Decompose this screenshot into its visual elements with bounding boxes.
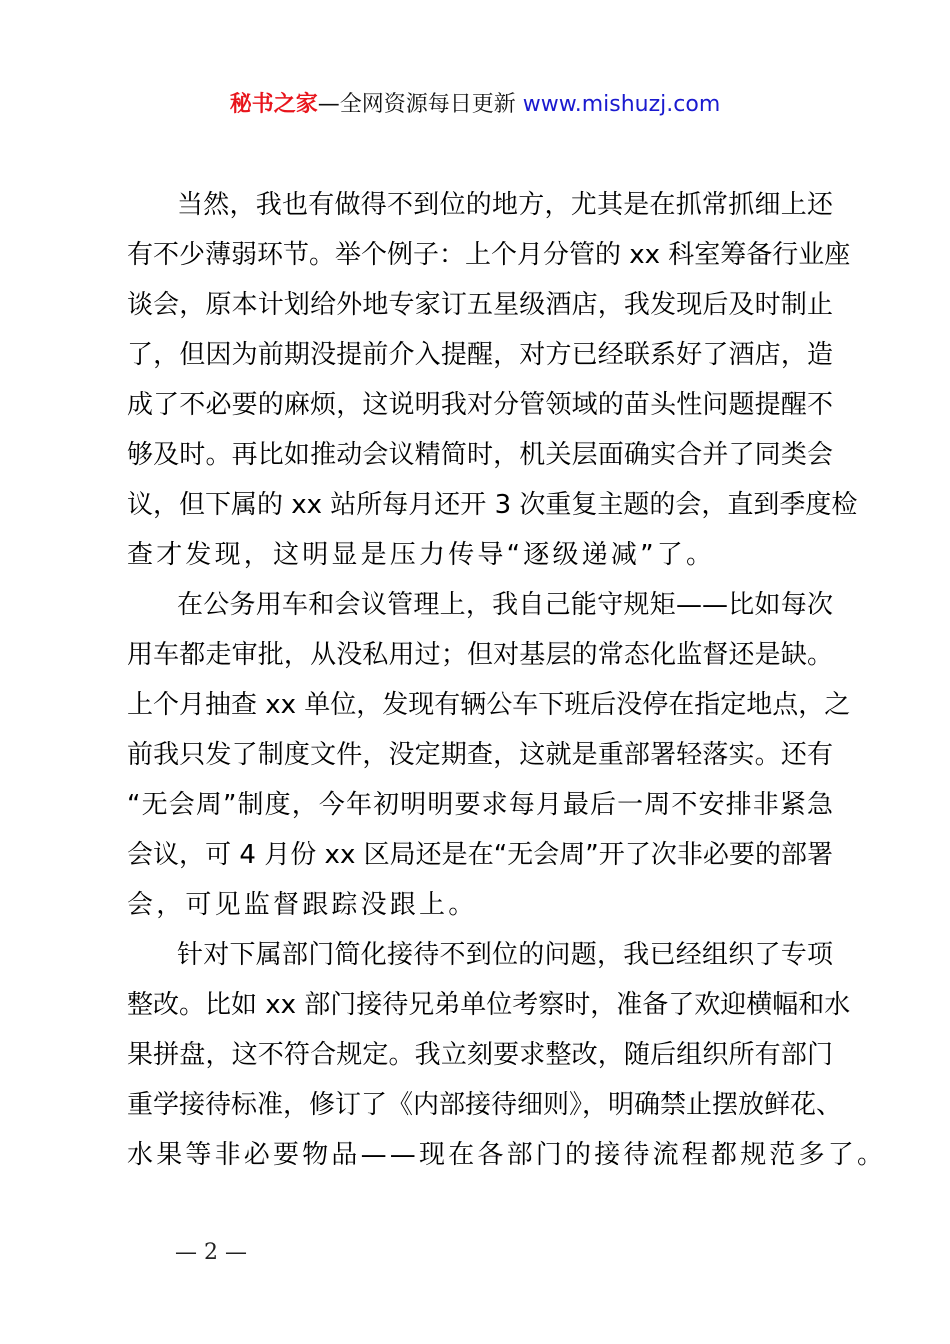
text-line: 会，可见监督跟踪没跟上。	[127, 880, 833, 930]
text-line: 水果等非必要物品——现在各部门的接待流程都规范多了。	[127, 1130, 833, 1180]
text-line: 有不少薄弱环节。举个例子：上个月分管的 xx 科室筹备行业座	[127, 230, 833, 280]
document-body: 当然，我也有做得不到位的地方，尤其是在抓常抓细上还 有不少薄弱环节。举个例子：上…	[127, 180, 833, 1180]
paragraph: 针对下属部门简化接待不到位的问题，我已经组织了专项 整改。比如 xx 部门接待兄…	[127, 930, 833, 1180]
text-line: 会议，可 4 月份 xx 区局还是在“无会周”开了次非必要的部署	[127, 830, 833, 880]
text-line: 果拼盘，这不符合规定。我立刻要求整改，随后组织所有部门	[127, 1030, 833, 1080]
text-line: 议，但下属的 xx 站所每月还开 3 次重复主题的会，直到季度检	[127, 480, 833, 530]
text-line: 针对下属部门简化接待不到位的问题，我已经组织了专项	[127, 930, 833, 980]
text-line: 前我只发了制度文件，没定期查，这就是重部署轻落实。还有	[127, 730, 833, 780]
page-header: 秘书之家—全网资源每日更新 www.mishuzj.com	[0, 88, 950, 122]
text-line: 查才发现，这明显是压力传导“逐级递减”了。	[127, 530, 833, 580]
text-line: “无会周”制度，今年初明明要求每月最后一周不安排非紧急	[127, 780, 833, 830]
page-number: — 2 —	[175, 1238, 247, 1268]
brand-name: 秘书之家	[230, 92, 318, 117]
text-line: 上个月抽查 xx 单位，发现有辆公车下班后没停在指定地点，之	[127, 680, 833, 730]
text-line: 谈会，原本计划给外地专家订五星级酒店，我发现后及时制止	[127, 280, 833, 330]
text-line: 成了不必要的麻烦，这说明我对分管领域的苗头性问题提醒不	[127, 380, 833, 430]
site-url-link[interactable]: www.mishuzj.com	[523, 92, 720, 117]
text-line: 当然，我也有做得不到位的地方，尤其是在抓常抓细上还	[127, 180, 833, 230]
text-line: 在公务用车和会议管理上，我自己能守规矩——比如每次	[127, 580, 833, 630]
text-line: 重学接待标准，修订了《内部接待细则》，明确禁止摆放鲜花、	[127, 1080, 833, 1130]
text-line: 够及时。再比如推动会议精简时，机关层面确实合并了同类会	[127, 430, 833, 480]
text-line: 用车都走审批，从没私用过；但对基层的常态化监督还是缺。	[127, 630, 833, 680]
text-line: 整改。比如 xx 部门接待兄弟单位考察时，准备了欢迎横幅和水	[127, 980, 833, 1030]
paragraph: 在公务用车和会议管理上，我自己能守规矩——比如每次 用车都走审批，从没私用过；但…	[127, 580, 833, 930]
paragraph: 当然，我也有做得不到位的地方，尤其是在抓常抓细上还 有不少薄弱环节。举个例子：上…	[127, 180, 833, 580]
header-tagline: —全网资源每日更新	[318, 92, 516, 117]
text-line: 了，但因为前期没提前介入提醒，对方已经联系好了酒店，造	[127, 330, 833, 380]
